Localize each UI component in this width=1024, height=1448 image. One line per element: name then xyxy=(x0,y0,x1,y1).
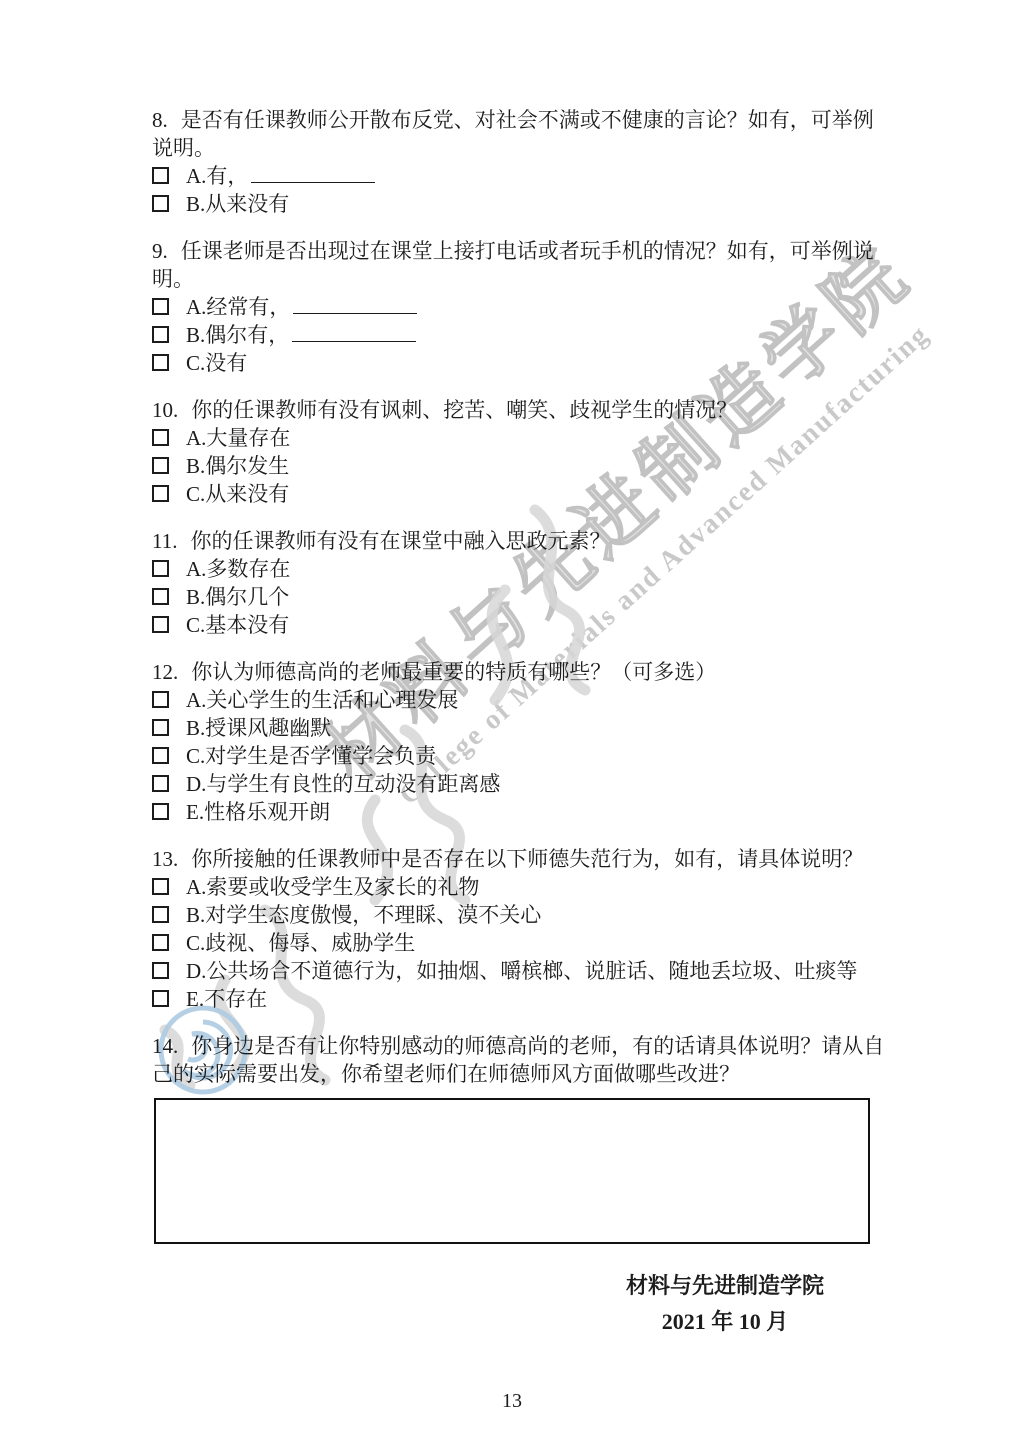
option: D.公共场合不道德行为，如抽烟、嚼槟榔、说脏话、随地丢垃圾、吐痰等 xyxy=(152,957,892,985)
question-number: 8. xyxy=(152,108,168,132)
checkbox-icon xyxy=(152,962,169,979)
option: A.多数存在 xyxy=(152,555,892,583)
option: B.偶尔有， xyxy=(152,321,892,349)
option: B.授课风趣幽默 xyxy=(152,714,892,742)
option-label: A.经常有， xyxy=(186,295,290,319)
question-text: 你认为师德高尚的老师最重要的特质有哪些？（可多选） xyxy=(191,660,716,684)
question-text: 你身边是否有让你特别感动的师德高尚的老师，有的话请具体说明？请从自己的实际需要出… xyxy=(152,1034,884,1086)
option-label: B.偶尔有， xyxy=(186,323,289,347)
checkbox-icon xyxy=(152,775,169,792)
question-number: 11. xyxy=(152,529,177,553)
option-label: A.索要或收受学生及家长的礼物 xyxy=(186,875,479,899)
question-12: 12.你认为师德高尚的老师最重要的特质有哪些？（可多选） A.关心学生的生活和心… xyxy=(152,658,892,826)
checkbox-icon xyxy=(152,878,169,895)
option-label: B.从来没有 xyxy=(186,192,289,216)
college-name: 材料与先进制造学院 xyxy=(614,1268,836,1304)
checkbox-icon xyxy=(152,616,169,633)
checkbox-icon xyxy=(152,803,169,820)
option-label: E.不存在 xyxy=(186,987,267,1011)
option-label: B.偶尔几个 xyxy=(186,585,289,609)
checkbox-icon xyxy=(152,195,169,212)
option-label: D.公共场合不道德行为，如抽烟、嚼槟榔、说脏话、随地丢垃圾、吐痰等 xyxy=(186,959,857,983)
checkbox-icon xyxy=(152,560,169,577)
option: C.歧视、侮辱、威胁学生 xyxy=(152,929,892,957)
option: E.性格乐观开朗 xyxy=(152,798,892,826)
checkbox-icon xyxy=(152,747,169,764)
option-label: C.歧视、侮辱、威胁学生 xyxy=(186,931,415,955)
checkbox-icon xyxy=(152,298,169,315)
answer-box xyxy=(154,1098,870,1244)
option: C.没有 xyxy=(152,349,892,377)
checkbox-icon xyxy=(152,691,169,708)
option-label: C.对学生是否学懂学会负责 xyxy=(186,744,436,768)
option-label: B.偶尔发生 xyxy=(186,454,289,478)
option: C.对学生是否学懂学会负责 xyxy=(152,742,892,770)
option: E.不存在 xyxy=(152,985,892,1013)
option-label: B.授课风趣幽默 xyxy=(186,716,331,740)
page-number: 13 xyxy=(0,1390,1024,1413)
option-label: A.大量存在 xyxy=(186,426,290,450)
question-number: 13. xyxy=(152,847,178,871)
option: B.偶尔几个 xyxy=(152,583,892,611)
question-number: 12. xyxy=(152,660,178,684)
questionnaire-body: 8.是否有任课教师公开散布反党、对社会不满或不健康的言论？如有，可举例说明。 A… xyxy=(152,106,892,1340)
checkbox-icon xyxy=(152,934,169,951)
checkbox-icon xyxy=(152,719,169,736)
signature-block: 材料与先进制造学院 2021 年 10 月 xyxy=(614,1268,836,1340)
option: B.从来没有 xyxy=(152,190,892,218)
question-13: 13.你所接触的任课教师中是否存在以下师德失范行为，如有，请具体说明？ A.索要… xyxy=(152,845,892,1013)
checkbox-icon xyxy=(152,354,169,371)
question-14: 14.你身边是否有让你特别感动的师德高尚的老师，有的话请具体说明？请从自己的实际… xyxy=(152,1032,892,1088)
option: A.关心学生的生活和心理发展 xyxy=(152,686,892,714)
option: C.基本没有 xyxy=(152,611,892,639)
option-label: D.与学生有良性的互动没有距离感 xyxy=(186,772,500,796)
option: B.对学生态度傲慢，不理睬、漠不关心 xyxy=(152,901,892,929)
question-text: 你所接触的任课教师中是否存在以下师德失范行为，如有，请具体说明？ xyxy=(191,847,863,871)
option: B.偶尔发生 xyxy=(152,452,892,480)
option-label: C.没有 xyxy=(186,351,247,375)
checkbox-icon xyxy=(152,485,169,502)
checkbox-icon xyxy=(152,906,169,923)
option-label: C.基本没有 xyxy=(186,613,289,637)
question-number: 10. xyxy=(152,398,178,422)
document-page: 材料与先进制造学院 College of Materials and Advan… xyxy=(0,0,1024,1448)
option: A.有， xyxy=(152,162,892,190)
blank-line xyxy=(293,296,417,314)
question-10: 10.你的任课教师有没有讽刺、挖苦、嘲笑、歧视学生的情况？ A.大量存在 B.偶… xyxy=(152,396,892,508)
question-11: 11.你的任课教师有没有在课堂中融入思政元素？ A.多数存在 B.偶尔几个 C.… xyxy=(152,527,892,639)
option: A.大量存在 xyxy=(152,424,892,452)
option-label: B.对学生态度傲慢，不理睬、漠不关心 xyxy=(186,903,541,927)
checkbox-icon xyxy=(152,990,169,1007)
blank-line xyxy=(251,165,375,183)
option-label: A.多数存在 xyxy=(186,557,290,581)
checkbox-icon xyxy=(152,167,169,184)
question-text: 任课老师是否出现过在课堂上接打电话或者玩手机的情况？如有，可举例说明。 xyxy=(152,239,874,291)
question-text: 你的任课教师有没有讽刺、挖苦、嘲笑、歧视学生的情况？ xyxy=(191,398,737,422)
document-date: 2021 年 10 月 xyxy=(614,1304,836,1340)
question-number: 9. xyxy=(152,239,168,263)
checkbox-icon xyxy=(152,457,169,474)
question-text: 是否有任课教师公开散布反党、对社会不满或不健康的言论？如有，可举例说明。 xyxy=(152,108,874,160)
question-9: 9.任课老师是否出现过在课堂上接打电话或者玩手机的情况？如有，可举例说明。 A.… xyxy=(152,237,892,377)
question-number: 14. xyxy=(152,1034,178,1058)
checkbox-icon xyxy=(152,588,169,605)
checkbox-icon xyxy=(152,326,169,343)
option: A.索要或收受学生及家长的礼物 xyxy=(152,873,892,901)
option-label: A.有， xyxy=(186,164,248,188)
question-8: 8.是否有任课教师公开散布反党、对社会不满或不健康的言论？如有，可举例说明。 A… xyxy=(152,106,892,218)
option: D.与学生有良性的互动没有距离感 xyxy=(152,770,892,798)
question-text: 你的任课教师有没有在课堂中融入思政元素？ xyxy=(190,529,610,553)
option-label: C.从来没有 xyxy=(186,482,289,506)
option-label: A.关心学生的生活和心理发展 xyxy=(186,688,458,712)
option-label: E.性格乐观开朗 xyxy=(186,800,330,824)
blank-line xyxy=(292,324,416,342)
option: A.经常有， xyxy=(152,293,892,321)
checkbox-icon xyxy=(152,429,169,446)
option: C.从来没有 xyxy=(152,480,892,508)
